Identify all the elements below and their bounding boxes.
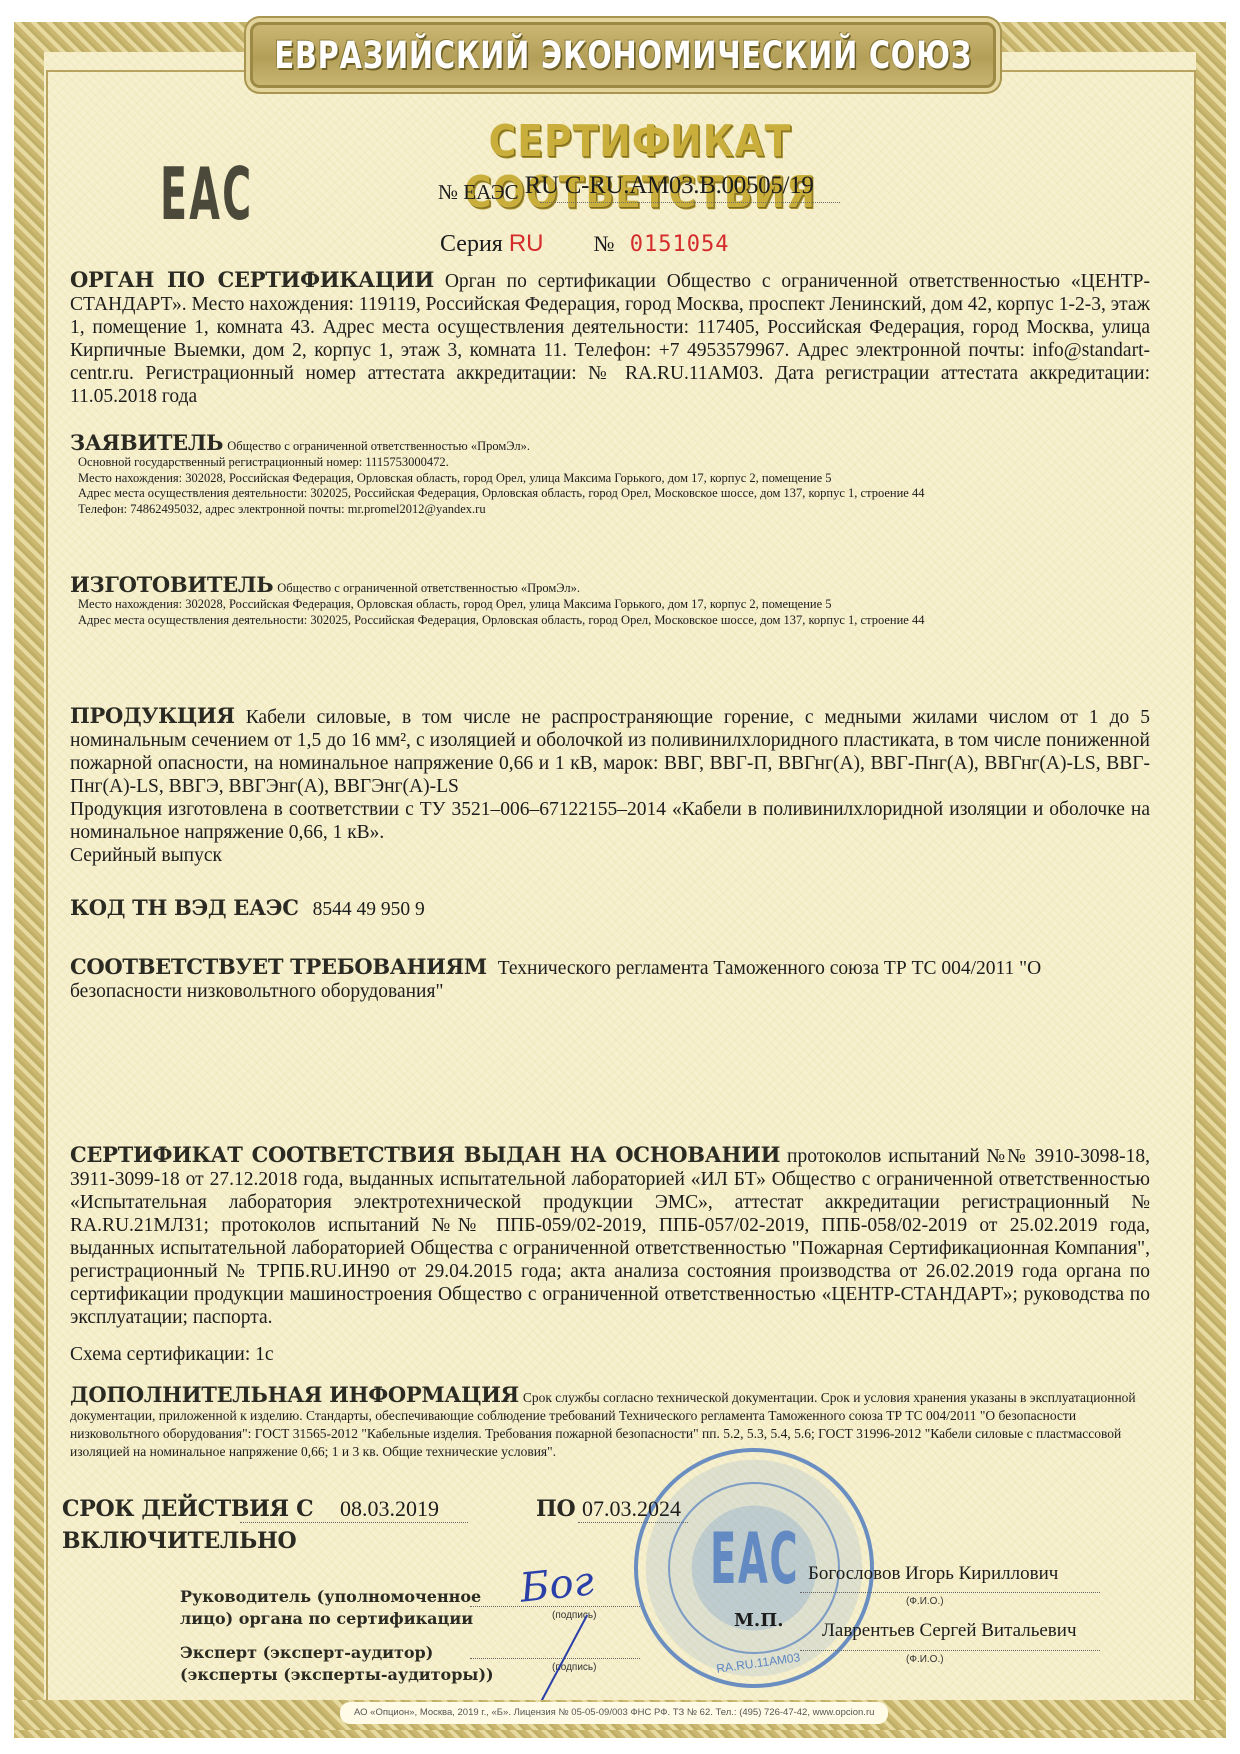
head-name-caption: (Ф.И.О.) (906, 1596, 944, 1607)
stamp-code: RA.RU.11AM03 (715, 1650, 801, 1676)
validity-from-label: СРОК ДЕЙСТВИЯ С (62, 1496, 313, 1522)
applicant-section: ЗАЯВИТЕЛЬ Общество с ограниченной ответс… (70, 430, 1150, 517)
expert-signatory-label-line: (эксперты (эксперты-аудиторы)) (180, 1664, 494, 1686)
certificate-number-value: RU C-RU.AM03.B.00505/19 (525, 172, 814, 199)
applicant-line: Место нахождения: 302028, Российская Фед… (78, 471, 1150, 487)
divider (540, 202, 840, 203)
name-line (800, 1592, 1100, 1593)
printer-imprint: АО «Опцион», Москва, 2019 г., «Б». Лицен… (340, 1702, 888, 1724)
requirements-heading: СООТВЕТСТВУЕТ ТРЕБОВАНИЯМ (70, 954, 487, 979)
product-release: Серийный выпуск (70, 844, 1150, 867)
applicant-name: Общество с ограниченной ответственностью… (227, 439, 530, 453)
handwritten-signature: Бог (518, 1558, 596, 1611)
tn-ved-value: 8544 49 950 9 (313, 899, 425, 920)
basis-text: протоколов испытаний №№ 3910-3098-18, 39… (70, 1146, 1150, 1328)
head-signatory-label-line: Руководитель (уполномоченное (180, 1586, 481, 1608)
manufacturer-heading: ИЗГОТОВИТЕЛЬ (70, 572, 273, 597)
product-section: ПРОДУКЦИЯ Кабели силовые, в том числе не… (70, 704, 1150, 867)
serial-label: № (594, 231, 616, 256)
additional-info-heading: ДОПОЛНИТЕЛЬНАЯ ИНФОРМАЦИЯ (70, 1382, 519, 1407)
expert-name-caption: (Ф.И.О.) (906, 1654, 944, 1665)
series-label: Серия (440, 231, 503, 257)
certification-scheme: Схема сертификации: 1с (70, 1343, 1150, 1366)
product-standard: Продукция изготовлена в соответствии с Т… (70, 798, 1150, 844)
manufacturer-name: Общество с ограниченной ответственностью… (277, 581, 580, 595)
requirements-section: СООТВЕТСТВУЕТ ТРЕБОВАНИЯМ Технического р… (70, 955, 1150, 1003)
tn-ved-section: КОД ТН ВЭД ЕАЭС 8544 49 950 9 (70, 895, 1150, 921)
certification-body-section: ОРГАН ПО СЕРТИФИКАЦИИ Орган по сертифика… (70, 268, 1150, 408)
head-signatory-label: Руководитель (уполномоченное лицо) орган… (180, 1586, 481, 1630)
union-banner-text: ЕВРАЗИЙСКИЙ ЭКОНОМИЧЕСКИЙ СОЮЗ (274, 34, 972, 77)
applicant-line: Телефон: 74862495032, адрес электронной … (78, 502, 1150, 518)
tn-ved-heading: КОД ТН ВЭД ЕАЭС (70, 895, 299, 920)
manufacturer-details: Место нахождения: 302028, Российская Фед… (70, 597, 1150, 628)
seal-label: М.П. (734, 1610, 783, 1631)
signature-line (470, 1658, 640, 1659)
validity-inclusive-label: ВКЛЮЧИТЕЛЬНО (62, 1528, 762, 1554)
divider (240, 1522, 468, 1523)
name-line (800, 1650, 1100, 1651)
series-line: Серия RU № 0151054 (440, 230, 729, 258)
manufacturer-line: Адрес места осуществления деятельности: … (78, 613, 1150, 629)
manufacturer-section: ИЗГОТОВИТЕЛЬ Общество с ограниченной отв… (70, 572, 1150, 628)
applicant-details: Основной государственный регистрационный… (70, 455, 1150, 517)
applicant-heading: ЗАЯВИТЕЛЬ (70, 430, 223, 455)
head-signatory-name: Богословов Игорь Кириллович (808, 1563, 1058, 1585)
applicant-line: Адрес места осуществления деятельности: … (78, 486, 1150, 502)
applicant-line: Основной государственный регистрационный… (78, 455, 1150, 471)
expert-signatory-label: Эксперт (эксперт-аудитор) (эксперты (экс… (180, 1642, 494, 1686)
head-signatory-label-line: лицо) органа по сертификации (180, 1608, 481, 1630)
additional-info-section: ДОПОЛНИТЕЛЬНАЯ ИНФОРМАЦИЯ Срок службы со… (70, 1382, 1150, 1461)
expert-signatory-label-line: Эксперт (эксперт-аудитор) (180, 1642, 494, 1664)
basis-section: СЕРТИФИКАТ СООТВЕТСТВИЯ ВЫДАН НА ОСНОВАН… (70, 1143, 1150, 1366)
validity-section: СРОК ДЕЙСТВИЯ С 08.03.2019 ПО 07.03.2024… (62, 1496, 762, 1554)
basis-heading: СЕРТИФИКАТ СООТВЕТСТВИЯ ВЫДАН НА ОСНОВАН… (70, 1142, 780, 1167)
manufacturer-line: Место нахождения: 302028, Российская Фед… (78, 597, 1150, 613)
certification-body-heading: ОРГАН ПО СЕРТИФИКАЦИИ (70, 267, 434, 292)
eac-logo-icon: ЕАС (160, 152, 253, 236)
validity-to-label: ПО (536, 1496, 575, 1522)
product-heading: ПРОДУКЦИЯ (70, 703, 235, 728)
certificate-number-label: № ЕАЭС (438, 180, 519, 204)
union-banner: ЕВРАЗИЙСКИЙ ЭКОНОМИЧЕСКИЙ СОЮЗ (250, 22, 996, 88)
divider (578, 1522, 688, 1523)
validity-to-date: 07.03.2024 (582, 1496, 681, 1522)
validity-from-date: 08.03.2019 (340, 1496, 439, 1522)
expert-name: Лаврентьев Сергей Витальевич (822, 1620, 1077, 1642)
series-value: RU (509, 230, 544, 257)
serial-value: 0151054 (630, 232, 730, 257)
